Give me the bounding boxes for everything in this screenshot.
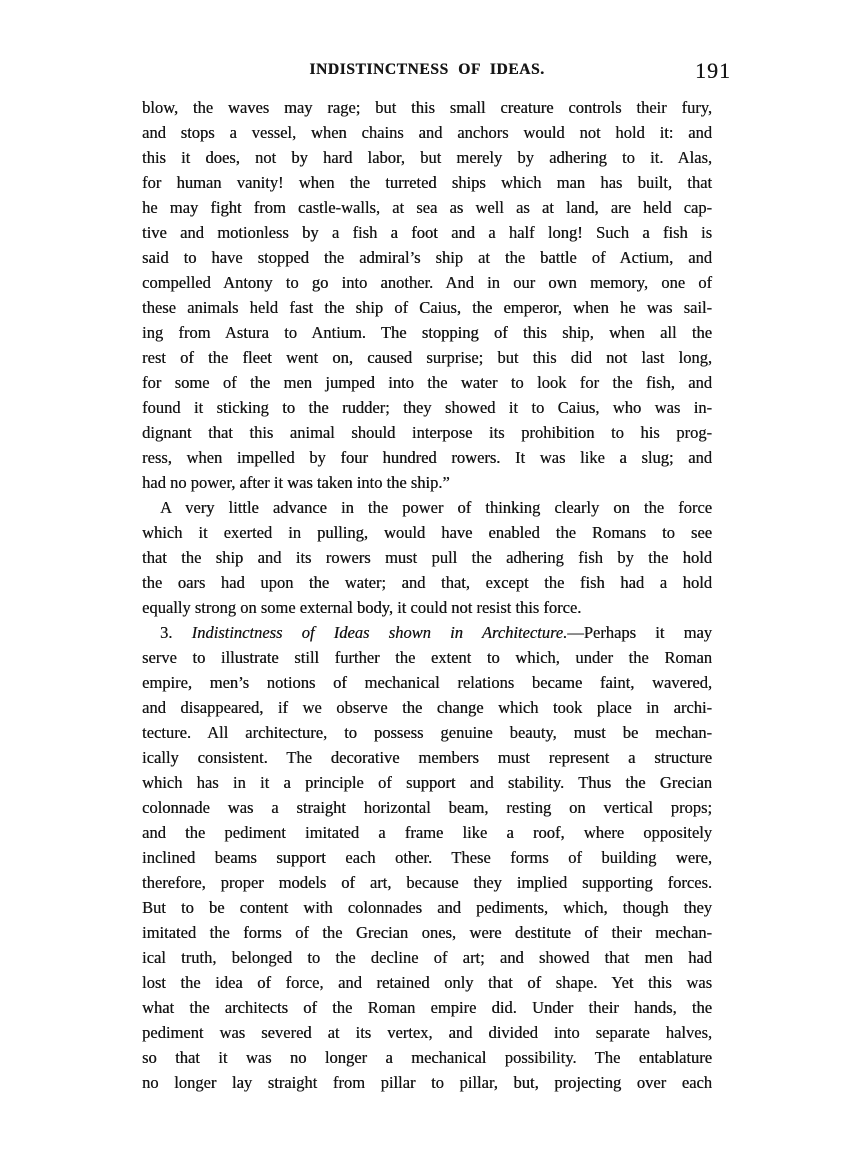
text-line: But to be content with colonnades and pe… <box>142 895 712 920</box>
paragraph: blow, the waves may rage; but this small… <box>142 95 712 495</box>
text-line: these animals held fast the ship of Caiu… <box>142 295 712 320</box>
text-line: which it exerted in pulling, would have … <box>142 520 712 545</box>
page-number: 191 <box>695 58 731 84</box>
text-line: dignant that this animal should interpos… <box>142 420 712 445</box>
text-line: therefore, proper models of art, because… <box>142 870 712 895</box>
text-line: no longer lay straight from pillar to pi… <box>142 1070 712 1095</box>
text-line: blow, the waves may rage; but this small… <box>142 95 712 120</box>
text-line: that the ship and its rowers must pull t… <box>142 545 712 570</box>
text-line: ical truth, belonged to the decline of a… <box>142 945 712 970</box>
text-segment: —Perhaps it may <box>567 623 712 642</box>
text-segment: 3. <box>160 623 192 642</box>
text-line: ing from Astura to Antium. The stopping … <box>142 320 712 345</box>
text-line: pediment was severed at its vertex, and … <box>142 1020 712 1045</box>
text-line: he may fight from castle-walls, at sea a… <box>142 195 712 220</box>
text-line: lost the idea of force, and retained onl… <box>142 970 712 995</box>
text-line: and disappeared, if we observe the chang… <box>142 695 712 720</box>
text-line: for human vanity! when the turreted ship… <box>142 170 712 195</box>
text-line: tecture. All architecture, to possess ge… <box>142 720 712 745</box>
paragraph: 3. Indistinctness of Ideas shown in Arch… <box>142 620 712 1095</box>
text-line: for some of the men jumped into the wate… <box>142 370 712 395</box>
book-page: INDISTINCTNESS OF IDEAS. 191 blow, the w… <box>0 0 850 1150</box>
text-line: inclined beams support each other. These… <box>142 845 712 870</box>
text-line: empire, men’s notions of mechanical rela… <box>142 670 712 695</box>
running-title: INDISTINCTNESS OF IDEAS. <box>142 61 712 79</box>
text-line: rest of the fleet went on, caused surpri… <box>142 345 712 370</box>
text-line: equally strong on some external body, it… <box>142 595 712 620</box>
text-line: imitated the forms of the Grecian ones, … <box>142 920 712 945</box>
text-line: said to have stopped the admiral’s ship … <box>142 245 712 270</box>
text-line: 3. Indistinctness of Ideas shown in Arch… <box>142 620 712 645</box>
section-heading-italic: Indistinctness of Ideas shown in Archite… <box>192 623 568 642</box>
text-line: ically consistent. The decorative member… <box>142 745 712 770</box>
text-line: tive and motionless by a fish a foot and… <box>142 220 712 245</box>
text-line: compelled Antony to go into another. And… <box>142 270 712 295</box>
text-line: A very little advance in the power of th… <box>142 495 712 520</box>
text-line: and stops a vessel, when chains and anch… <box>142 120 712 145</box>
text-line: colonnade was a straight horizontal beam… <box>142 795 712 820</box>
text-line: and the pediment imitated a frame like a… <box>142 820 712 845</box>
text-line: what the architects of the Roman empire … <box>142 995 712 1020</box>
text-line: had no power, after it was taken into th… <box>142 470 712 495</box>
text-line: found it sticking to the rudder; they sh… <box>142 395 712 420</box>
text-line: serve to illustrate still further the ex… <box>142 645 712 670</box>
running-header: INDISTINCTNESS OF IDEAS. 191 <box>142 61 712 87</box>
paragraph: A very little advance in the power of th… <box>142 495 712 620</box>
text-line: so that it was no longer a mechanical po… <box>142 1045 712 1070</box>
text-line: ress, when impelled by four hundred rowe… <box>142 445 712 470</box>
text-line: which has in it a principle of support a… <box>142 770 712 795</box>
page-body: blow, the waves may rage; but this small… <box>142 95 712 1095</box>
text-line: this it does, not by hard labor, but mer… <box>142 145 712 170</box>
text-line: the oars had upon the water; and that, e… <box>142 570 712 595</box>
